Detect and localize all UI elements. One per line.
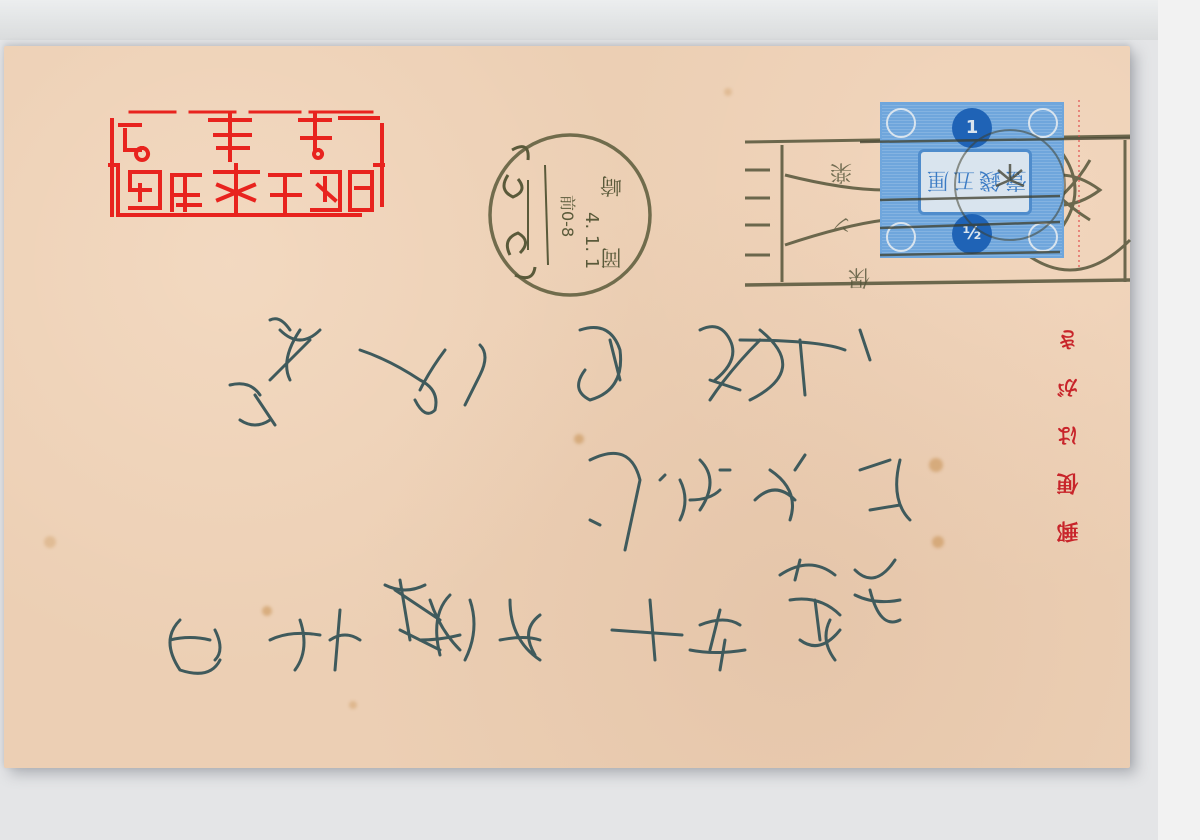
handwritten-message <box>0 0 1200 840</box>
